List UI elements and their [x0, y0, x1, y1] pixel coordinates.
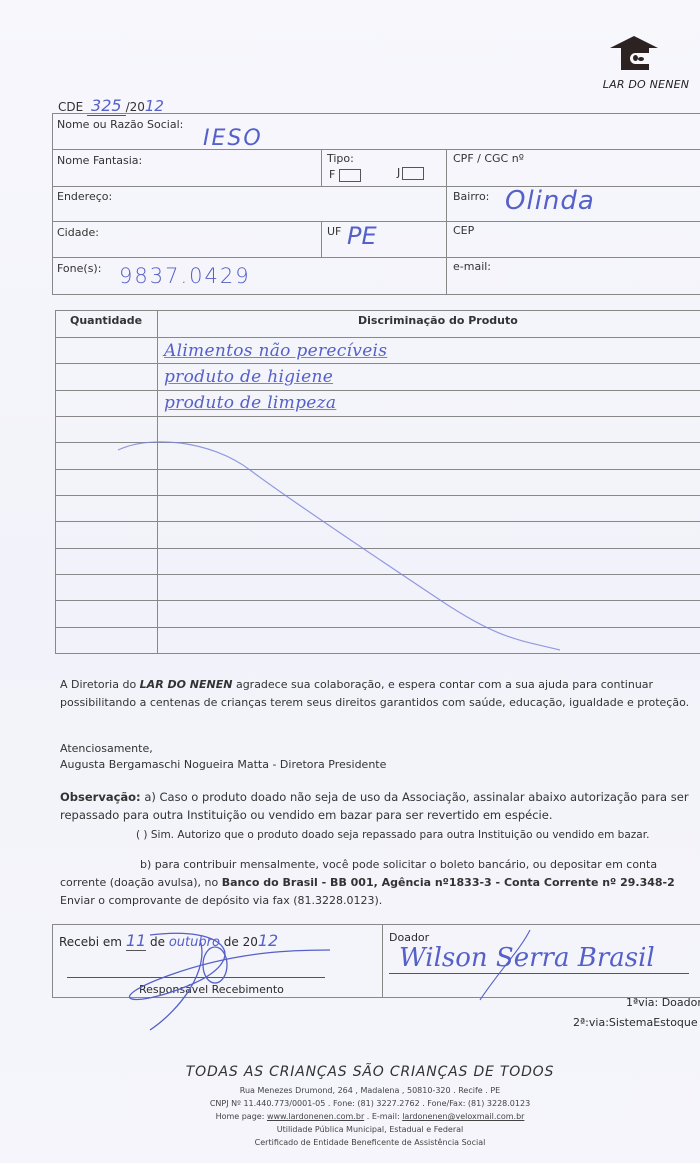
cep-label: CEP: [453, 224, 474, 237]
observacao-a-text: a) Caso o produto doado não seja de uso …: [60, 790, 689, 822]
cidade-label: Cidade:: [57, 226, 99, 239]
home-link[interactable]: www.lardonenen.com.br: [267, 1112, 364, 1121]
receipt-signature-box: Recebi em 11 de outubro de 2012 Responsá…: [52, 924, 700, 998]
via-2: 2ª:via:SistemaEstoque: [573, 1016, 698, 1029]
house-roof-icon: [610, 36, 658, 48]
logo: LAR DO NENEN: [596, 30, 696, 100]
table-row-divider: [56, 469, 700, 470]
authorize-option[interactable]: ( ) Sim. Autorizo que o produto doado se…: [136, 826, 700, 844]
cpf-label: CPF / CGC nº: [453, 152, 524, 165]
cde-year-prefix: /20: [126, 100, 145, 114]
email-label: e-mail:: [453, 260, 491, 273]
fone-label: Fone(s):: [57, 262, 101, 275]
home-label: Home page:: [216, 1112, 267, 1121]
table-row-divider: [56, 416, 700, 417]
tipo-f-label: F: [329, 168, 335, 181]
message-text: A Diretoria do: [60, 678, 140, 691]
observacao-a: Observação: a) Caso o produto doado não …: [60, 788, 700, 824]
table-row-divider: [56, 363, 700, 364]
footer-certificado: Certificado de Entidade Beneficente de A…: [0, 1138, 700, 1147]
fantasia-label: Nome Fantasia:: [57, 154, 142, 167]
table-row-divider: [56, 495, 700, 496]
tipo-j-option[interactable]: J: [397, 166, 424, 180]
thank-you-message: A Diretoria do LAR DO NENEN agradece sua…: [60, 676, 700, 712]
table-row-divider: [56, 442, 700, 443]
table-row-divider: [56, 337, 700, 338]
responsavel-label: Responsável Recebimento: [139, 983, 284, 996]
recebi-label: Recebi em: [59, 935, 122, 949]
receipt-year[interactable]: 12: [258, 931, 278, 950]
de-label: de: [150, 935, 165, 949]
nome-label: Nome ou Razão Social:: [57, 118, 183, 131]
via-1: 1ªvia: Doador: [626, 996, 700, 1009]
product-item: produto de higiene: [164, 367, 333, 387]
fax-instruction: Enviar o comprovante de depósito via fax…: [60, 892, 700, 910]
uf-label: UF: [327, 225, 341, 238]
signatory: Augusta Bergamaschi Nogueira Matta - Dir…: [60, 756, 700, 774]
uf-field[interactable]: PE: [347, 222, 377, 250]
table-row-divider: [56, 548, 700, 549]
cde-prefix: CDE: [58, 100, 83, 114]
endereco-label: Endereço:: [57, 190, 112, 203]
footer-cnpj: CNPJ Nº 11.440.773/0001-05 . Fone: (81) …: [0, 1099, 700, 1108]
donation-receipt-page: LAR DO NENEN CDE 325/2012 Nome ou Razão …: [0, 0, 700, 1163]
observacao-label: Observação:: [60, 790, 141, 804]
table-row-divider: [56, 627, 700, 628]
table-row-divider: [56, 390, 700, 391]
table-row-divider: [56, 574, 700, 575]
footer-address: Rua Menezes Drumond, 264 , Madalena , 50…: [0, 1086, 700, 1095]
col-quantidade: Quantidade: [70, 314, 142, 327]
bairro-field[interactable]: Olinda: [505, 186, 595, 216]
tipo-f-checkbox[interactable]: [339, 169, 361, 182]
doador-signature[interactable]: Wilson Serra Brasil: [399, 943, 655, 973]
email-link[interactable]: lardonenen@veloxmail.com.br: [402, 1112, 524, 1121]
tipo-label: Tipo:: [327, 152, 354, 165]
tipo-j-checkbox[interactable]: [402, 167, 424, 180]
recebi-em: Recebi em 11 de outubro de 2012: [59, 931, 278, 950]
tipo-j-label: J: [397, 166, 400, 179]
observacao-b: b) para contribuir mensalmente, você pod…: [60, 856, 700, 892]
fone-field[interactable]: 9837.0429: [119, 264, 251, 288]
nome-field[interactable]: IESO: [203, 126, 263, 151]
footer-slogan: TODAS AS CRIANÇAS SÃO CRIANÇAS DE TODOS: [0, 1064, 700, 1080]
logo-name: LAR DO NENEN: [596, 78, 696, 91]
de-label: de: [224, 935, 239, 949]
table-row-divider: [56, 600, 700, 601]
email-label: . E-mail:: [364, 1112, 402, 1121]
message-brand: LAR DO NENEN: [140, 678, 233, 691]
footer-utilidade: Utilidade Pública Municipal, Estadual e …: [0, 1125, 700, 1134]
bairro-label: Bairro:: [453, 190, 489, 203]
receipt-day[interactable]: 11: [126, 931, 146, 951]
bank-details: Banco do Brasil - BB 001, Agência nº1833…: [222, 876, 675, 889]
house-with-children-icon: [621, 48, 649, 70]
product-item: produto de limpeza: [164, 393, 336, 413]
col-discriminacao: Discriminação do Produto: [358, 314, 518, 327]
receipt-month[interactable]: outubro: [169, 935, 220, 950]
product-item: Alimentos não perecíveis: [164, 341, 387, 361]
product-table: Quantidade Discriminação do Produto Alim…: [55, 310, 700, 654]
tipo-f-option[interactable]: F: [329, 168, 361, 182]
donor-info-grid: Nome ou Razão Social: IESO Nome Fantasia…: [52, 113, 700, 295]
table-row-divider: [56, 521, 700, 522]
year-prefix: 20: [243, 935, 258, 949]
footer-contacts: Home page: www.lardonenen.com.br . E-mai…: [0, 1112, 700, 1121]
